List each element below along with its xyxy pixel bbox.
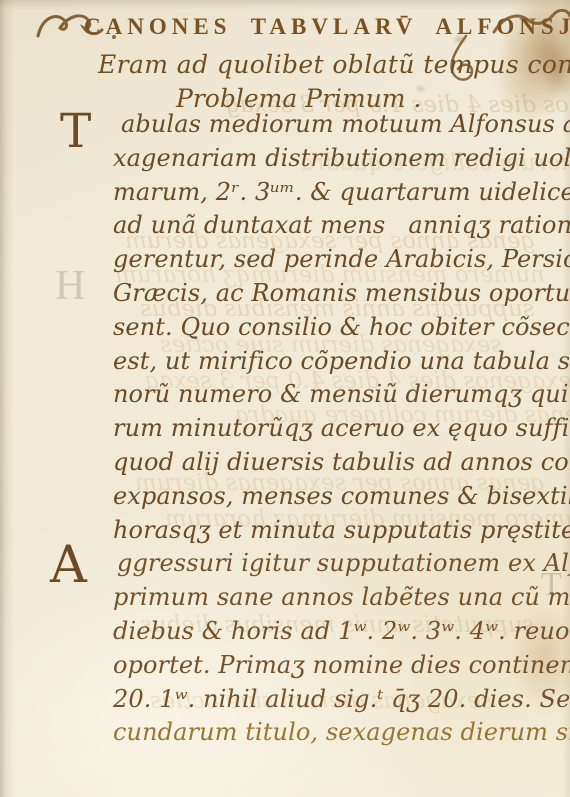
text-line: diebus & horis ad 1ʷ. 2ʷ. 3ʷ. 4ʷ. reuoca… — [113, 615, 533, 649]
text-line: marum, 2ʳ. 3ᵘᵐ. & quartarum uidelicet, n… — [113, 176, 533, 210]
text-line: 20. 1ʷ. nihil aliud sig.ᵗ q̄ʒ 20. dies. … — [113, 683, 533, 717]
text-line: ad unã duntaxat mens anniqʒ rationẽ astr… — [113, 209, 533, 243]
drop-cap-T: T — [60, 108, 91, 155]
manuscript-page: sexagenos dies 4 dies 4.0 per 3 sexag tr… — [0, 0, 570, 797]
subtitle: Eram ad quolibet oblatũ tempus constitue… — [98, 50, 570, 79]
text-line: xagenariam distributionem redigi uoluit,… — [113, 142, 533, 176]
text-line: sent. Quo consilio & hoc obiter cõsecutu… — [113, 311, 533, 345]
text-line: abulas mediorum motuum Alfonsus ad se- — [113, 108, 533, 142]
text-line: oportet. Primaʒ nomine dies continentur,… — [113, 649, 533, 683]
text-line: Græcis, ac Romanis mensibus oportunę es- — [113, 277, 533, 311]
text-line: est, ut mirifico cõpendio una tabula sim… — [113, 345, 533, 379]
text-line: primum sane annos labẽtes una cũ mensib⁹ — [113, 581, 533, 615]
drop-cap-A: A — [50, 540, 87, 591]
text-line: expansos, menses comunes & bisextiles, d… — [113, 480, 533, 514]
text-line: norũ numero & mensiũ dierumqʒ quin & hor… — [113, 378, 533, 412]
page-gutter-shadow — [0, 0, 14, 797]
text-line: ggressuri igitur supputationem ex Alfons… — [113, 547, 533, 581]
text-line: horasqʒ et minuta supputatis pręstitere … — [113, 514, 533, 548]
title-swash-icon — [492, 8, 570, 38]
text-line: gerentur, sed perinde Arabicis, Persicis… — [113, 243, 533, 277]
text-line: rum minutorũqʒ aceruo ex ęquo sufficiat … — [113, 412, 533, 446]
body-text: abulas mediorum motuum Alfonsus ad se- x… — [113, 108, 533, 750]
text-line: quod alij diuersis tabulis ad annos coll… — [113, 446, 533, 480]
margin-ghost-letter-left: H — [55, 262, 85, 310]
text-line: cundarum titulo, sexagenas dierum siue o… — [113, 716, 533, 750]
